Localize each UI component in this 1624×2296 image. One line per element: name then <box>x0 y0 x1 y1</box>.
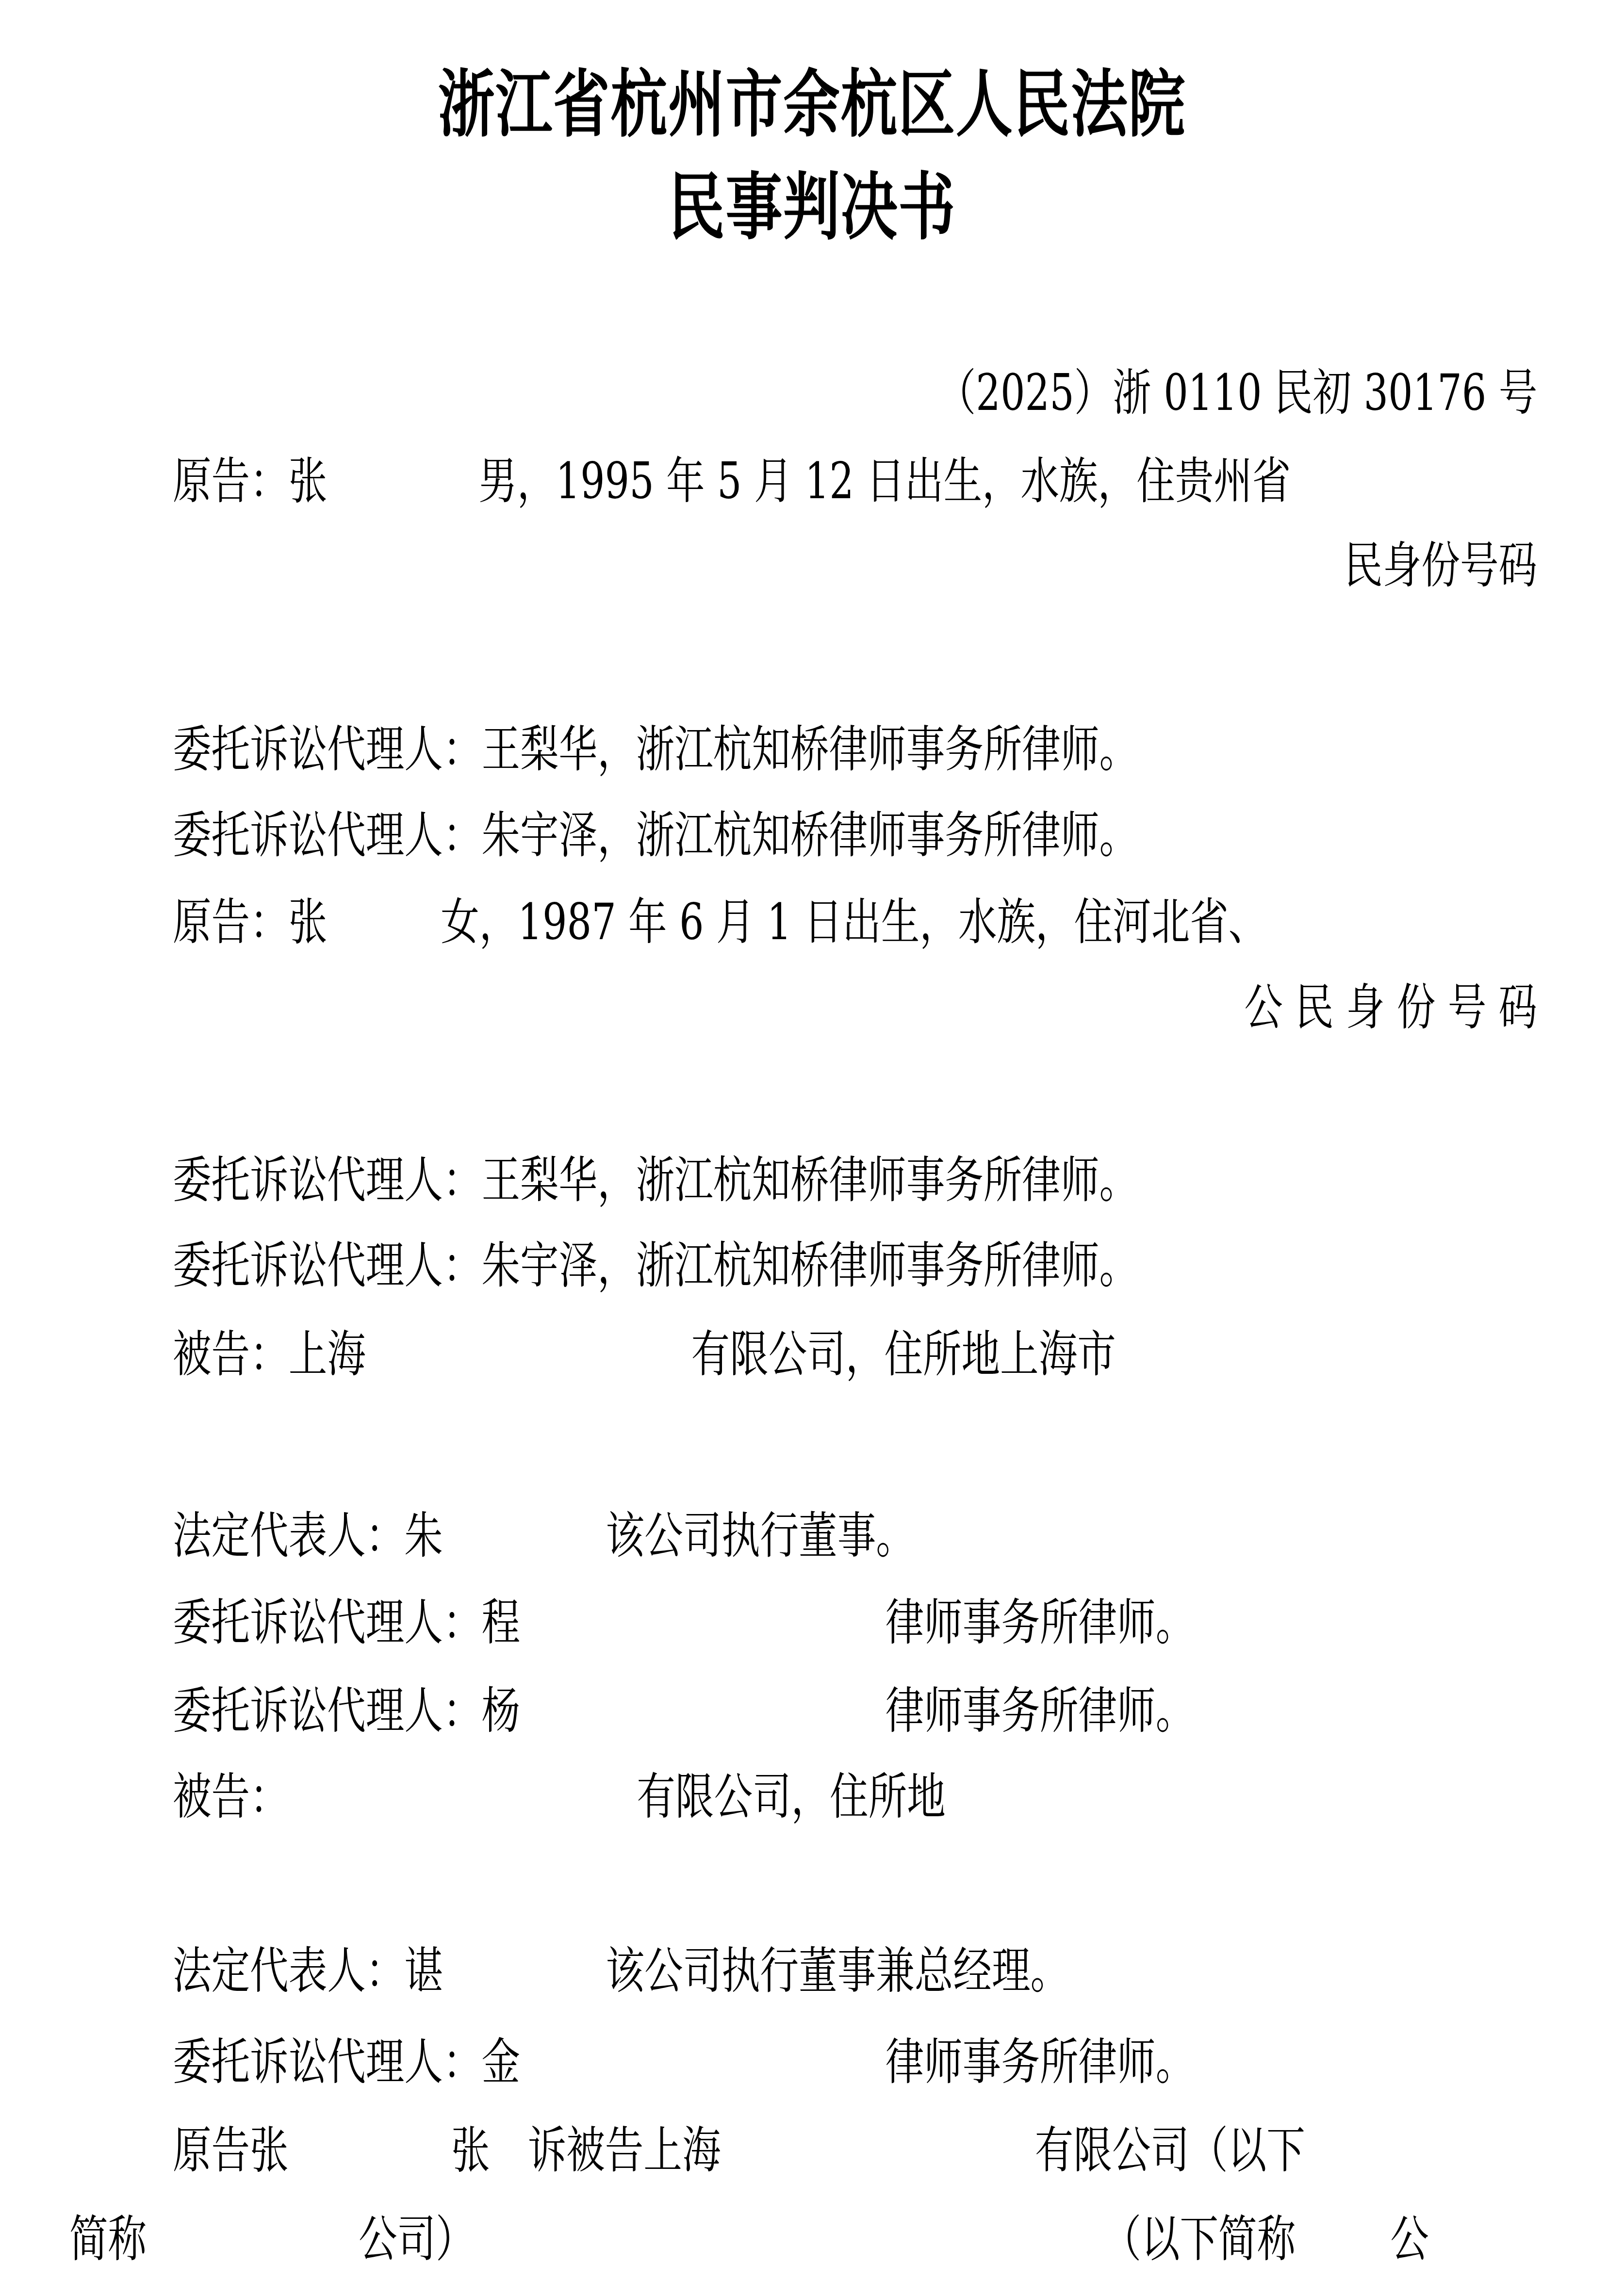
legal-rep-2-label: 法定代表人：谌 <box>173 1947 443 1996</box>
agent-line: 委托诉讼代理人：金律师事务所律师。 <box>173 2038 1194 2087</box>
case-number: （2025）浙 0110 民初 30176 号 <box>937 369 1537 418</box>
body-text: 公司） <box>359 2215 475 2264</box>
body-paragraph-line-1: 原告张张诉被告上海有限公司（以下 <box>173 2126 1305 2176</box>
defendant-2-label: 被告： <box>173 1773 289 1822</box>
defendant-2-details: 有限公司，住所地 <box>637 1773 945 1822</box>
body-text: 有限公司（以下 <box>1035 2126 1305 2176</box>
plaintiff-1-label: 原告：张 <box>173 457 327 506</box>
body-paragraph-line-2: 简称公司）（以下简称公 <box>69 2215 1429 2264</box>
agent-name: 委托诉讼代理人：金 <box>173 2038 520 2087</box>
court-name-title: 浙江省杭州市余杭区人民法院 <box>179 68 1445 141</box>
agent-firm: 律师事务所律师。 <box>886 2038 1194 2087</box>
agent-name: 委托诉讼代理人：程 <box>173 1598 520 1648</box>
body-text: 原告张 <box>173 2126 289 2176</box>
plaintiff-2-line: 原告：张女，1987 年 6 月 1 日出生，水族，住河北省、 <box>173 898 1267 947</box>
agent-name: 委托诉讼代理人：杨 <box>173 1687 520 1736</box>
legal-rep-2-line: 法定代表人：谌该公司执行董事兼总经理。 <box>173 1947 1069 1996</box>
legal-rep-2-title: 该公司执行董事兼总经理。 <box>606 1947 1069 1996</box>
agent-line: 委托诉讼代理人：朱宇泽，浙江杭知桥律师事务所律师。 <box>173 1241 1138 1291</box>
agent-line: 委托诉讼代理人：王梨华，浙江杭知桥律师事务所律师。 <box>173 725 1138 775</box>
defendant-1-details: 有限公司，住所地上海市 <box>691 1330 1116 1380</box>
plaintiff-1-id-line: 民身份号码 <box>1344 541 1537 591</box>
body-text: 张 <box>451 2126 490 2176</box>
body-text: （以下简称 <box>1102 2215 1296 2264</box>
agent-line: 委托诉讼代理人：朱宇泽，浙江杭知桥律师事务所律师。 <box>173 811 1138 861</box>
defendant-1-line: 被告：上海有限公司，住所地上海市 <box>173 1330 1116 1380</box>
legal-rep-1-line: 法定代表人：朱该公司执行董事。 <box>173 1512 915 1561</box>
plaintiff-2-id-line: 公 民 身 份 号 码 <box>1244 983 1537 1033</box>
plaintiff-1-line: 原告：张男，1995 年 5 月 12 日出生，水族，住贵州省 <box>173 457 1291 506</box>
defendant-2-line: 被告：有限公司，住所地 <box>173 1773 946 1822</box>
document-type-title: 民事判决书 <box>179 171 1445 244</box>
agent-firm: 律师事务所律师。 <box>886 1598 1194 1648</box>
body-text: 诉被告上海 <box>528 2126 721 2176</box>
body-text: 简称 <box>69 2215 147 2264</box>
defendant-1-label: 被告：上海 <box>173 1330 366 1380</box>
agent-line: 委托诉讼代理人：王梨华，浙江杭知桥律师事务所律师。 <box>173 1156 1138 1205</box>
plaintiff-2-details: 女，1987 年 6 月 1 日出生，水族，住河北省、 <box>441 898 1267 947</box>
agent-line: 委托诉讼代理人：程律师事务所律师。 <box>173 1598 1194 1648</box>
legal-rep-1-label: 法定代表人：朱 <box>173 1512 443 1561</box>
plaintiff-1-details: 男，1995 年 5 月 12 日出生，水族，住贵州省 <box>478 457 1291 506</box>
plaintiff-2-label: 原告：张 <box>173 898 327 947</box>
agent-line: 委托诉讼代理人：杨律师事务所律师。 <box>173 1687 1194 1736</box>
legal-rep-1-title: 该公司执行董事。 <box>606 1512 914 1561</box>
agent-firm: 律师事务所律师。 <box>886 1687 1194 1736</box>
body-text: 公 <box>1390 2215 1429 2264</box>
